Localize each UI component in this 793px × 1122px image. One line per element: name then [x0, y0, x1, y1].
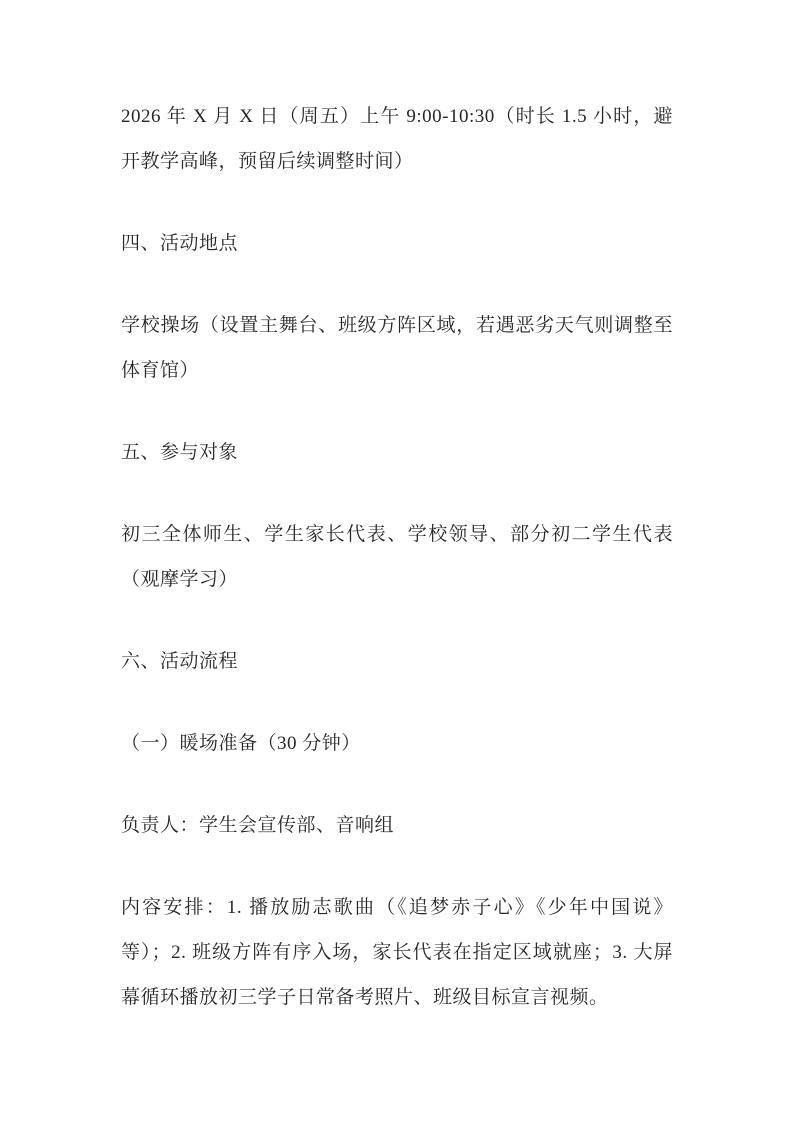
heading-section-five-participants: 五、参与对象: [121, 430, 673, 475]
paragraph-participants-detail: 初三全体师生、学生家长代表、学校领导、部分初二学生代表（观摩学习）: [121, 512, 673, 602]
paragraph-activity-time: 2026 年 X 月 X 日（周五）上午 9:00-10:30（时长 1.5 小…: [121, 94, 673, 184]
heading-section-four-location: 四、活动地点: [121, 221, 673, 266]
heading-section-six-process: 六、活动流程: [121, 639, 673, 684]
subheading-warmup-preparation: （一）暖场准备（30 分钟）: [121, 721, 673, 766]
document-page: 2026 年 X 月 X 日（周五）上午 9:00-10:30（时长 1.5 小…: [0, 0, 793, 1122]
paragraph-location-detail: 学校操场（设置主舞台、班级方阵区域，若遇恶劣天气则调整至体育馆）: [121, 303, 673, 393]
paragraph-content-arrangement: 内容安排：1. 播放励志歌曲（《追梦赤子心》《少年中国说》等）；2. 班级方阵有…: [121, 885, 673, 1020]
paragraph-person-in-charge: 负责人：学生会宣传部、音响组: [121, 803, 673, 848]
